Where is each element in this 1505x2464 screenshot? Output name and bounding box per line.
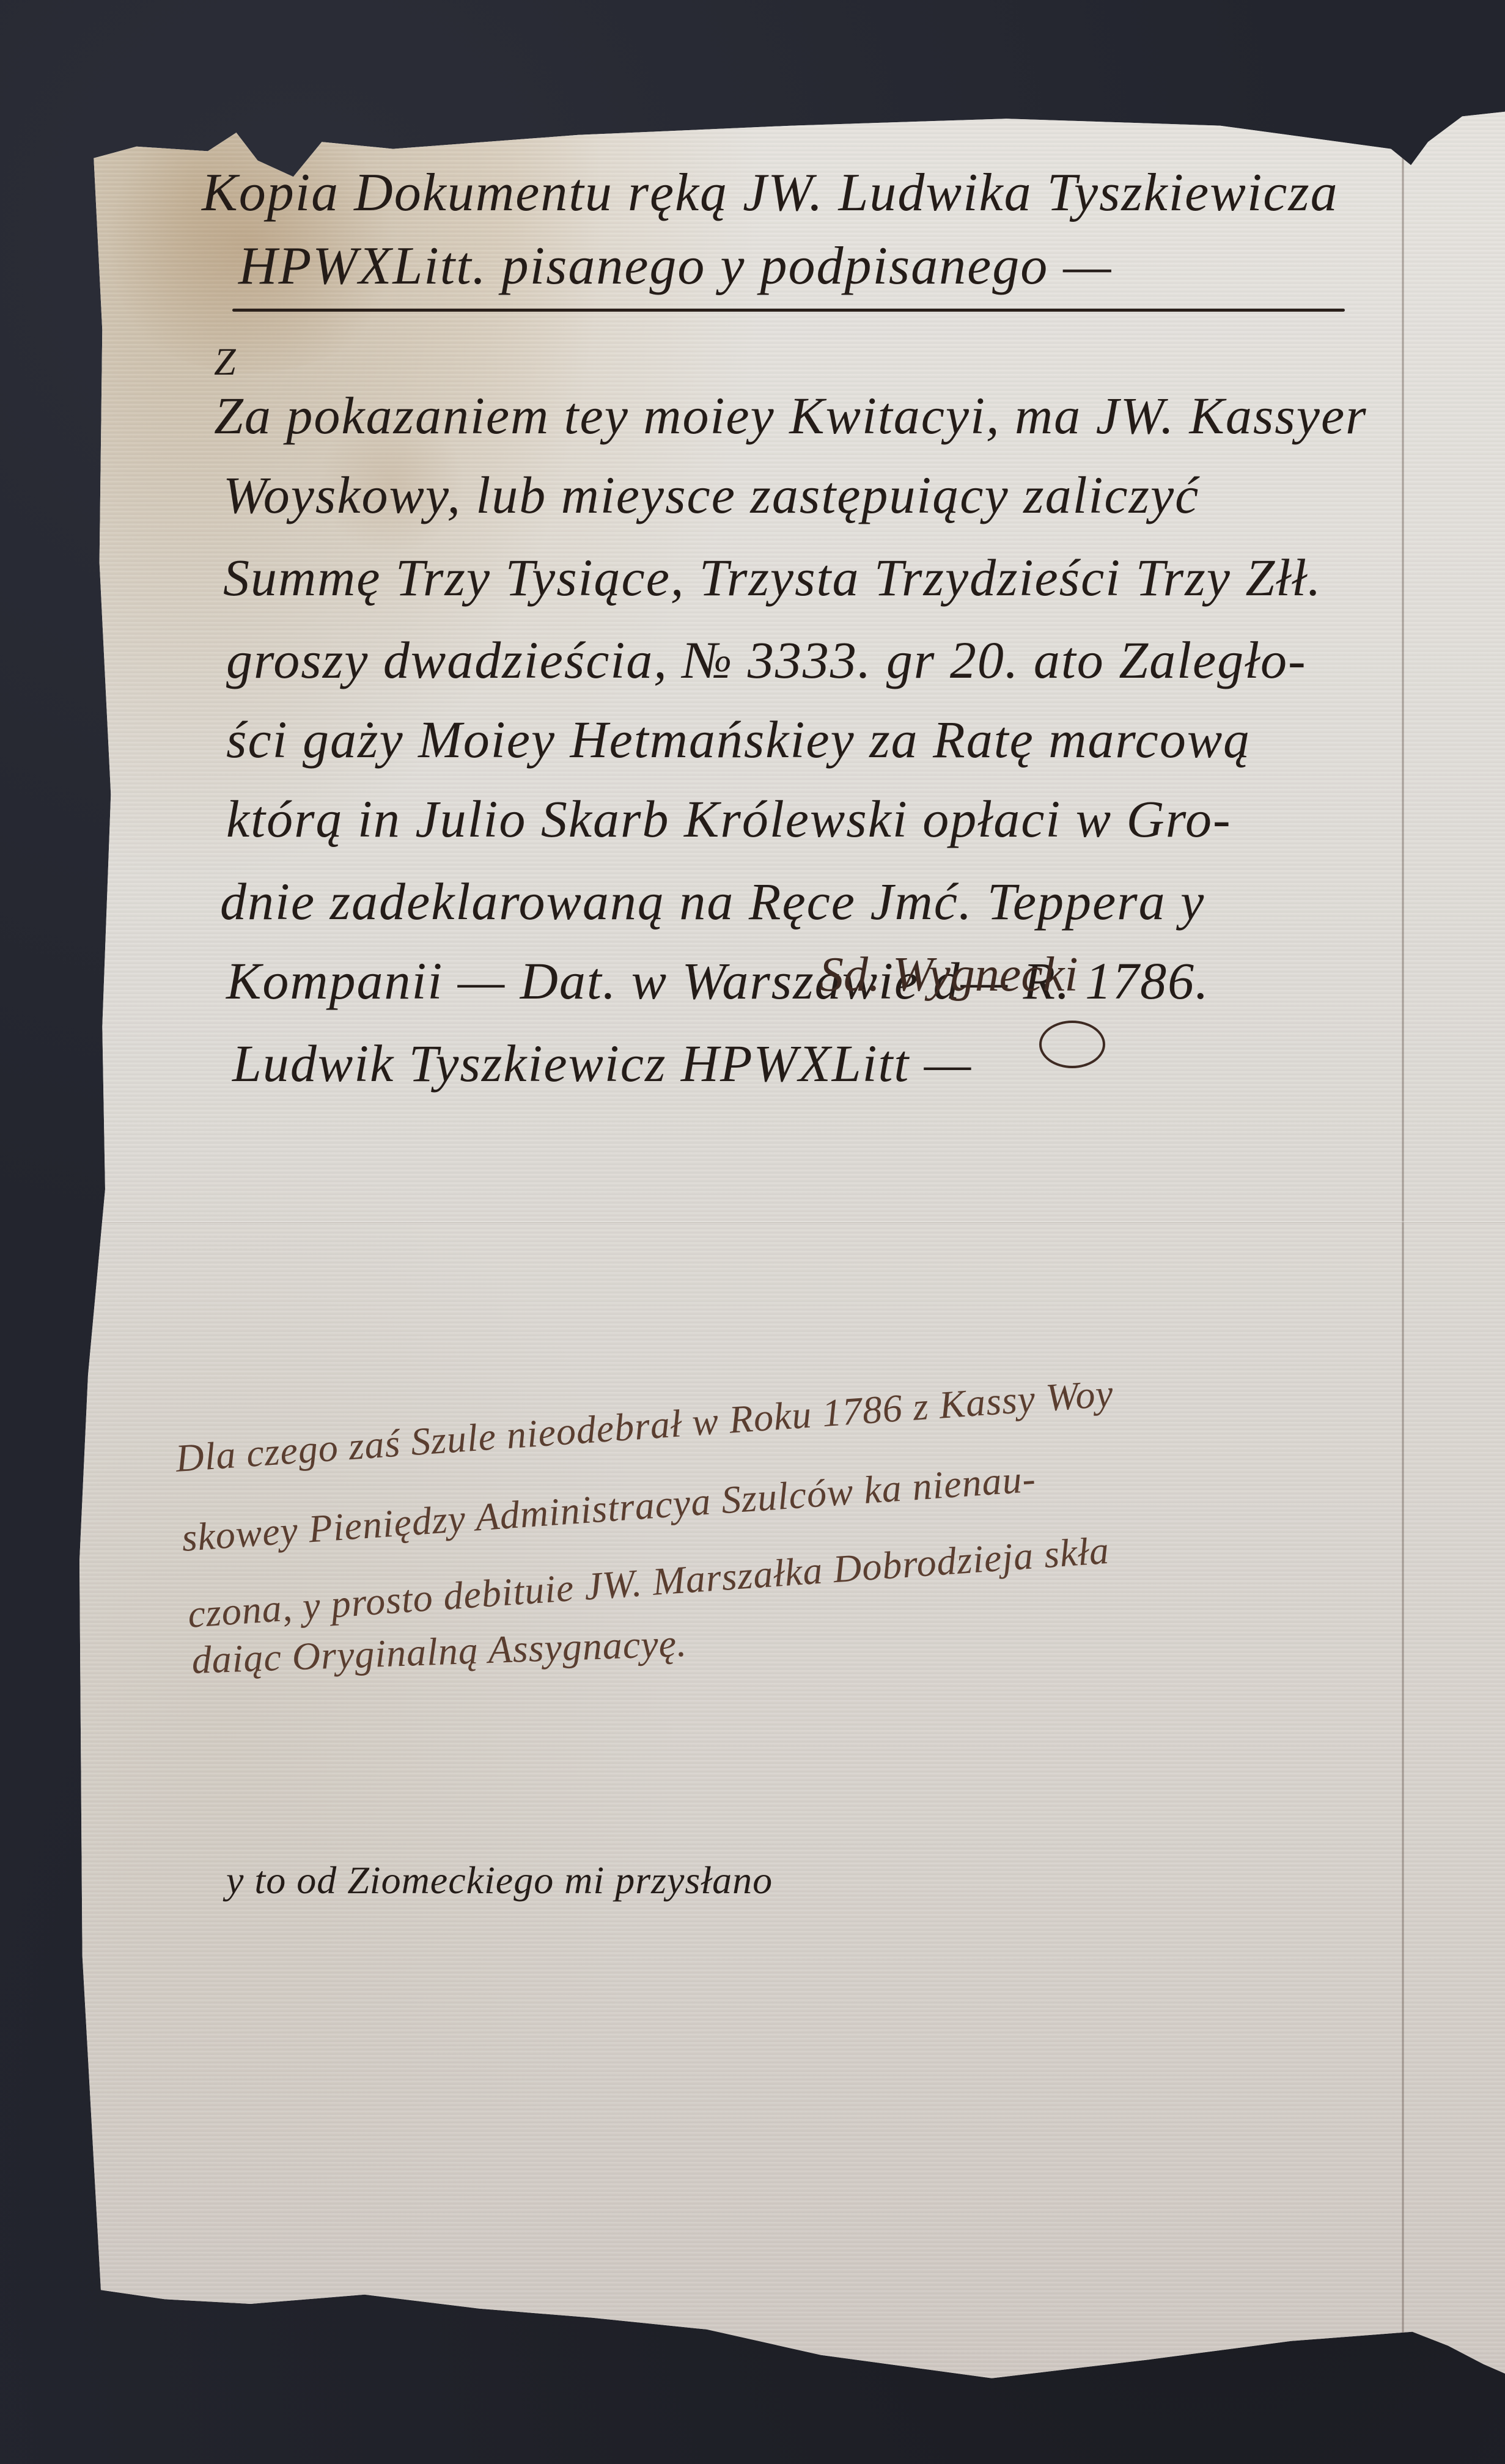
body-line-6: którą in Julio Skarb Królewski opłaci w …	[226, 788, 1232, 849]
heading-line-1: Kopia Dokumentu ręką JW. Ludwika Tyszkie…	[202, 162, 1339, 224]
horizontal-fold-crease	[79, 1221, 1505, 1223]
body-line-1: Za pokazaniem tey moiey Kwitacyi, ma JW.…	[214, 385, 1367, 446]
body-line-4: groszy dwadzieścia, № 3333. gr 20. ato Z…	[226, 629, 1307, 691]
body-initial-mark: Z	[214, 339, 237, 384]
heading-line-2: HPWXLitt. pisanego y podpisanego —	[238, 235, 1112, 297]
witness-signature: Sd. Wygnecki	[819, 947, 1078, 1003]
body-line-9: Ludwik Tyszkiewicz HPWXLitt —	[232, 1033, 972, 1094]
page-fold-gutter	[1402, 98, 1404, 2420]
body-line-2: Woyskowy, lub mieysce zastępuiący zalicz…	[223, 464, 1199, 526]
body-line-3: Summę Trzy Tysiące, Trzysta Trzydzieści …	[223, 547, 1322, 608]
footer-note-line: y to od Ziomeckiego mi przysłano	[226, 1858, 773, 1903]
heading-underline	[232, 309, 1345, 312]
body-line-5: ści gaży Moiey Hetmańskiey za Ratę marco…	[226, 709, 1251, 770]
body-line-7: dnie zadeklarowaną na Ręce Jmć. Teppera …	[220, 871, 1205, 932]
manuscript-sheet: Kopia Dokumentu ręką JW. Ludwika Tyszkie…	[79, 98, 1505, 2420]
signature-flourish	[1039, 1021, 1105, 1068]
